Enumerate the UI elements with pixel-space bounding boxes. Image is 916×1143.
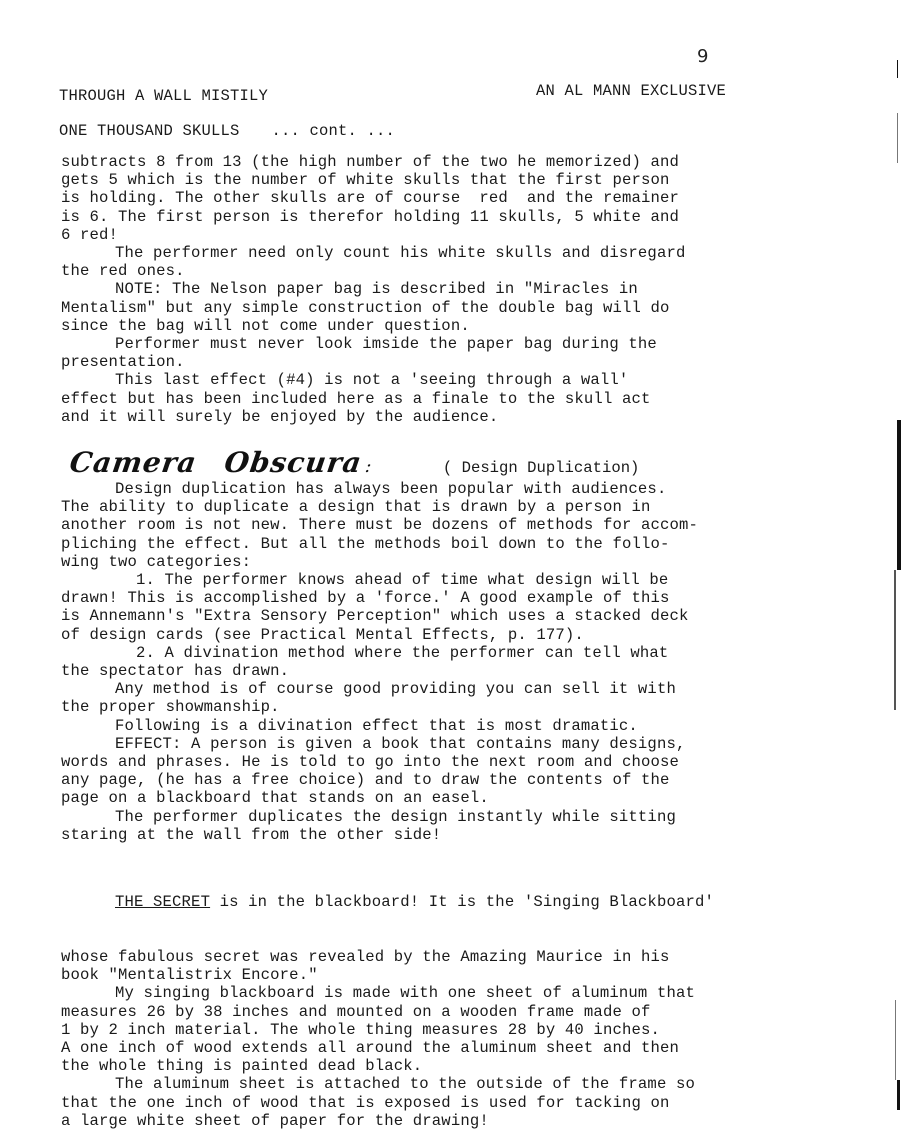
secret-lead-line: THE SECRET is in the blackboard! It is t…: [61, 893, 821, 911]
text-line: book "Mentalistrix Encore.": [61, 966, 821, 984]
title-colon: :: [364, 456, 374, 477]
text-line: is holding. The other skulls are of cour…: [61, 189, 821, 207]
section-subtitle: ( Design Duplication): [443, 459, 640, 477]
continued-label: ... cont. ...: [272, 122, 396, 140]
title-word-obscura: Obscura: [222, 446, 364, 479]
text-line: 1 by 2 inch material. The whole thing me…: [61, 1021, 821, 1039]
text-line: NOTE: The Nelson paper bag is described …: [61, 280, 821, 298]
text-line: EFFECT: A person is given a book that co…: [61, 735, 821, 753]
text-line: measures 26 by 38 inches and mounted on …: [61, 1003, 821, 1021]
text-line: 1. The performer knows ahead of time wha…: [61, 571, 821, 589]
text-line: presentation.: [61, 353, 821, 371]
page-number: 9: [697, 46, 708, 67]
section-title-camera-obscura: CameraObscura: ( Design Duplication): [70, 446, 639, 480]
text-line: Any method is of course good providing y…: [61, 680, 821, 698]
text-line: the proper showmanship.: [61, 698, 821, 716]
text-line: and it will surely be enjoyed by the aud…: [61, 408, 821, 426]
scan-edge-mark: [895, 1000, 896, 1080]
text-line: is Annemann's "Extra Sensory Perception"…: [61, 607, 821, 625]
scan-edge-mark: [897, 60, 898, 78]
text-line: Design duplication has always been popul…: [61, 480, 821, 498]
text-line: since the bag will not come under questi…: [61, 317, 821, 335]
scan-edge-mark: [897, 1080, 900, 1110]
text-line: Performer must never look imside the pap…: [61, 335, 821, 353]
text-line: a large white sheet of paper for the dra…: [61, 1112, 821, 1130]
text-line: of design cards (see Practical Mental Ef…: [61, 626, 821, 644]
text-line: Mentalism" but any simple construction o…: [61, 299, 821, 317]
text-line: the red ones.: [61, 262, 821, 280]
script-title: CameraObscura:: [68, 446, 376, 479]
text-line: staring at the wall from the other side!: [61, 826, 821, 844]
text-line: the spectator has drawn.: [61, 662, 821, 680]
text-line: 6 red!: [61, 226, 821, 244]
text-line: My singing blackboard is made with one s…: [61, 984, 821, 1002]
text-line: another room is not new. There must be d…: [61, 516, 821, 534]
secret-lead-underlined: THE SECRET: [115, 893, 210, 911]
text-line: gets 5 which is the number of white skul…: [61, 171, 821, 189]
scan-edge-mark: [894, 570, 896, 710]
text-line: The performer need only count his white …: [61, 244, 821, 262]
text-line: pliching the effect. But all the methods…: [61, 535, 821, 553]
text-line: This last effect (#4) is not a 'seeing t…: [61, 371, 821, 389]
paragraph-block-skulls: subtracts 8 from 13 (the high number of …: [61, 153, 821, 426]
title-word-camera: Camera: [68, 446, 199, 479]
text-line: whose fabulous secret was revealed by th…: [61, 948, 821, 966]
text-line: is 6. The first person is therefor holdi…: [61, 208, 821, 226]
text-line: words and phrases. He is told to go into…: [61, 753, 821, 771]
secret-lead-rest: is in the blackboard! It is the 'Singing…: [210, 893, 714, 911]
running-header-left: THROUGH A WALL MISTILY: [59, 87, 268, 105]
text-line: A one inch of wood extends all around th…: [61, 1039, 821, 1057]
secret-lines: whose fabulous secret was revealed by th…: [61, 948, 821, 1130]
text-line: 2. A divination method where the perform…: [61, 644, 821, 662]
text-line: drawn! This is accomplished by a 'force.…: [61, 589, 821, 607]
scan-edge-mark: [897, 420, 901, 570]
scan-edge-mark: [897, 113, 898, 163]
text-line: the whole thing is painted dead black.: [61, 1057, 821, 1075]
text-line: The ability to duplicate a design that i…: [61, 498, 821, 516]
text-line: Following is a divination effect that is…: [61, 717, 821, 735]
running-header-right: AN AL MANN EXCLUSIVE: [536, 82, 726, 100]
paragraph-block-camera: Design duplication has always been popul…: [61, 480, 821, 844]
text-line: effect but has been included here as a f…: [61, 390, 821, 408]
section-heading-text: ONE THOUSAND SKULLS: [59, 122, 240, 140]
paragraph-block-secret: THE SECRET is in the blackboard! It is t…: [61, 857, 821, 1143]
text-line: wing two categories:: [61, 553, 821, 571]
text-line: subtracts 8 from 13 (the high number of …: [61, 153, 821, 171]
text-line: The aluminum sheet is attached to the ou…: [61, 1075, 821, 1093]
text-line: any page, (he has a free choice) and to …: [61, 771, 821, 789]
text-line: page on a blackboard that stands on an e…: [61, 789, 821, 807]
section-heading-skulls: ONE THOUSAND SKULLS... cont. ...: [59, 122, 395, 140]
text-line: that the one inch of wood that is expose…: [61, 1094, 821, 1112]
text-line: The performer duplicates the design inst…: [61, 808, 821, 826]
